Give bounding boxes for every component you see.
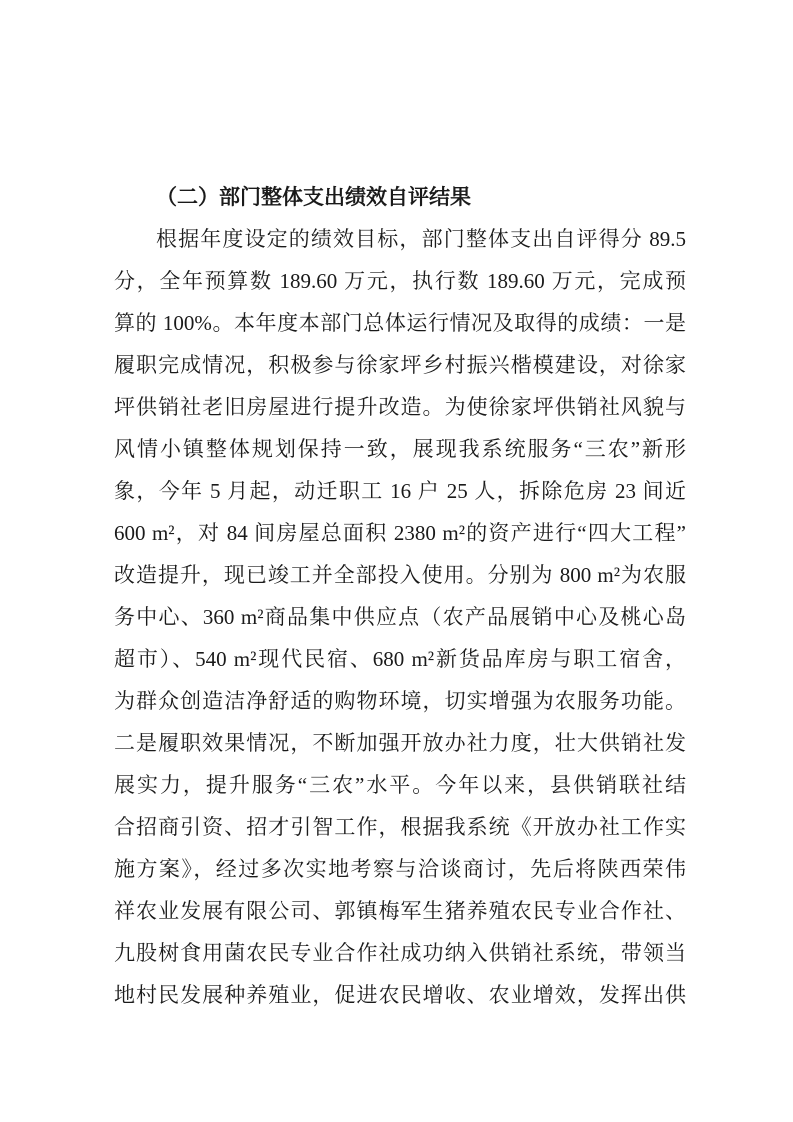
paragraph-line: 象，今年 5 月起，动迁职工 16 户 25 人，拆除危房 23 间近 [114, 470, 686, 512]
paragraph-line: 施方案》，经过多次实地考察与洽谈商讨，先后将陕西荣伟 [114, 848, 686, 890]
paragraph-line: 为群众创造洁净舒适的购物环境，切实增强为农服务功能。 [114, 680, 686, 722]
paragraph-line: 改造提升，现已竣工并全部投入使用。分别为 800 m²为农服 [114, 554, 686, 596]
document-page: （二）部门整体支出绩效自评结果 根据年度设定的绩效目标，部门整体支出自评得分 8… [0, 0, 793, 1122]
paragraph-line: 展实力，提升服务“三农”水平。今年以来，县供销联社结 [114, 764, 686, 806]
paragraph-line: 风情小镇整体规划保持一致，展现我系统服务“三农”新形 [114, 428, 686, 470]
paragraph-line: 算的 100%。本年度本部门总体运行情况及取得的成绩：一是 [114, 302, 686, 344]
document-content: （二）部门整体支出绩效自评结果 根据年度设定的绩效目标，部门整体支出自评得分 8… [114, 176, 686, 1016]
paragraph-line: 履职完成情况，积极参与徐家坪乡村振兴楷模建设，对徐家 [114, 344, 686, 386]
paragraph-line: 二是履职效果情况，不断加强开放办社力度，壮大供销社发 [114, 722, 686, 764]
paragraph-line: 根据年度设定的绩效目标，部门整体支出自评得分 89.5 [114, 218, 686, 260]
paragraph-line: 分，全年预算数 189.60 万元，执行数 189.60 万元，完成预 [114, 260, 686, 302]
paragraph-line: 地村民发展种养殖业，促进农民增收、农业增效，发挥出供 [114, 974, 686, 1016]
paragraph-line: 合招商引资、招才引智工作，根据我系统《开放办社工作实 [114, 806, 686, 848]
section-heading: （二）部门整体支出绩效自评结果 [114, 176, 686, 218]
paragraph-line: 超市）、540 m²现代民宿、680 m²新货品库房与职工宿舍， [114, 638, 686, 680]
paragraph-line: 祥农业发展有限公司、郭镇梅军生猪养殖农民专业合作社、 [114, 890, 686, 932]
paragraph-line: 九股树食用菌农民专业合作社成功纳入供销社系统，带领当 [114, 932, 686, 974]
paragraph-line: 务中心、360 m²商品集中供应点（农产品展销中心及桃心岛 [114, 596, 686, 638]
paragraph-line: 600 m²，对 84 间房屋总面积 2380 m²的资产进行“四大工程” [114, 512, 686, 554]
body-paragraph: 根据年度设定的绩效目标，部门整体支出自评得分 89.5分，全年预算数 189.6… [114, 218, 686, 1016]
paragraph-line: 坪供销社老旧房屋进行提升改造。为使徐家坪供销社风貌与 [114, 386, 686, 428]
